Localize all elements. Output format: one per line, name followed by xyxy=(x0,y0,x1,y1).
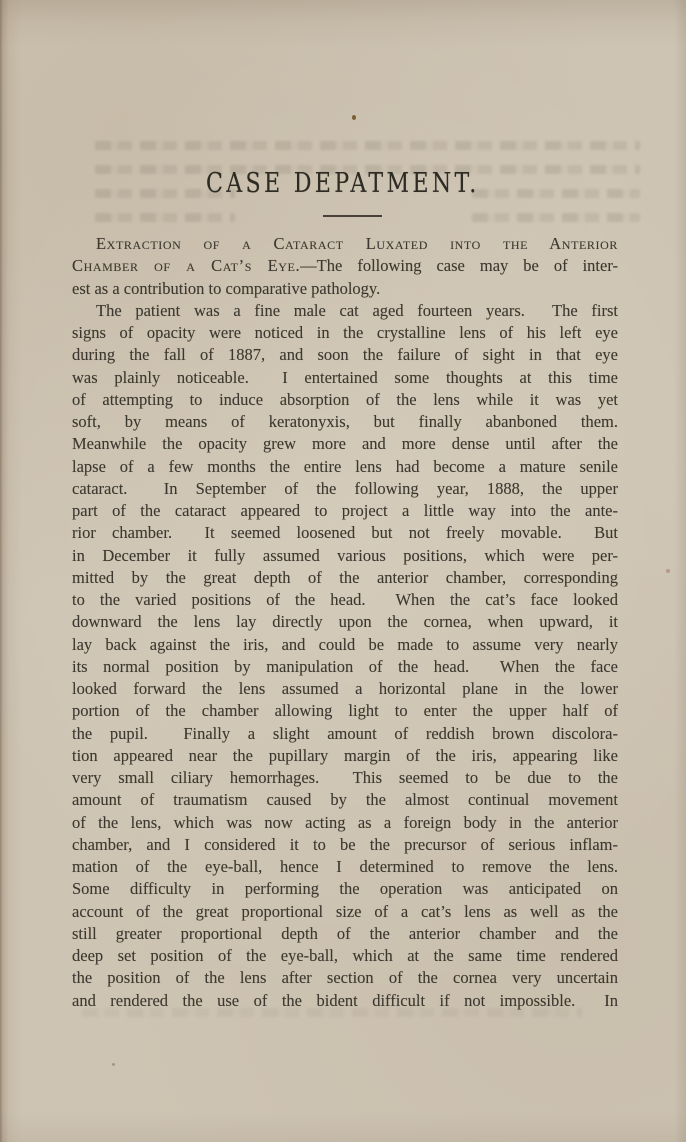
body-text-segment: its normal position by manipulation of t… xyxy=(72,657,618,676)
text-line: Meanwhile the opacity grew more and more… xyxy=(72,433,618,455)
body-text-segment: account of the great proportional size o… xyxy=(72,902,618,921)
body-text-segment: looked forward the lens assumed a horizo… xyxy=(72,679,618,698)
text-line: Chamber of a Cat’s Eye.—The following ca… xyxy=(72,255,618,277)
text-line: very small ciliary hemorrhages. This see… xyxy=(72,767,618,789)
text-line: of the lens, which was now acting as a f… xyxy=(72,812,618,834)
text-line: Extraction of a Cataract Luxated into th… xyxy=(72,233,618,255)
body-text-segment: part of the cataract appeared to project… xyxy=(72,501,618,520)
body-text-segment: The patient was a fine male cat aged fou… xyxy=(96,301,618,320)
text-line: lay back against the iris, and could be … xyxy=(72,634,618,656)
body-text-segment: Meanwhile the opacity grew more and more… xyxy=(72,434,618,453)
body-text-segment: mation of the eye-ball, hence I determin… xyxy=(72,857,618,876)
body-text-segment: lay back against the iris, and could be … xyxy=(72,635,618,654)
smallcaps-text: Chamber of a Cat’s Eye. xyxy=(72,256,300,275)
body-text-segment: still greater proportional depth of the … xyxy=(72,924,618,943)
body-text-segment: the pupil. Finally a slight amount of re… xyxy=(72,724,618,743)
text-line: lapse of a few months the entire lens ha… xyxy=(72,456,618,478)
body-text-segment: downward the lens lay directly upon the … xyxy=(72,612,618,631)
body-text-segment: the position of the lens after section o… xyxy=(72,968,618,987)
text-line: portion of the chamber allowing light to… xyxy=(72,700,618,722)
body-text: Extraction of a Cataract Luxated into th… xyxy=(72,233,618,1012)
text-line: cataract. In September of the following … xyxy=(72,478,618,500)
body-text-segment: Some difficulty in performing the operat… xyxy=(72,879,618,898)
text-line: part of the cataract appeared to project… xyxy=(72,500,618,522)
text-line: rior chamber. It seemed loosened but not… xyxy=(72,522,618,544)
paper-speck xyxy=(112,1063,115,1066)
text-line: during the fall of 1887, and soon the fa… xyxy=(72,344,618,366)
body-text-segment: portion of the chamber allowing light to… xyxy=(72,701,618,720)
text-line: The patient was a fine male cat aged fou… xyxy=(72,300,618,322)
body-text-segment: of the lens, which was now acting as a f… xyxy=(72,813,618,832)
text-line: amount of traumatism caused by the almos… xyxy=(72,789,618,811)
body-text-segment: lapse of a few months the entire lens ha… xyxy=(72,457,618,476)
text-line: deep set position of the eye-ball, which… xyxy=(72,945,618,967)
paper-speck xyxy=(666,569,670,573)
text-line: signs of opacity were noticed in the cry… xyxy=(72,322,618,344)
body-text-segment: tion appeared near the pupillary margin … xyxy=(72,746,618,765)
text-line: chamber, and I considered it to be the p… xyxy=(72,834,618,856)
page-title-text: CASE DEPATMENT. xyxy=(206,170,480,197)
title-divider xyxy=(323,215,382,217)
body-text-segment: est as a contribution to comparative pat… xyxy=(72,279,380,298)
text-line: Some difficulty in performing the operat… xyxy=(72,878,618,900)
body-text-segment: very small ciliary hemorrhages. This see… xyxy=(72,768,618,787)
body-text-segment: deep set position of the eye-ball, which… xyxy=(72,946,618,965)
body-text-segment: in December it fully assumed various pos… xyxy=(72,546,618,565)
body-text-segment: during the fall of 1887, and soon the fa… xyxy=(72,345,618,364)
text-line: downward the lens lay directly upon the … xyxy=(72,611,618,633)
text-line: to the varied positions of the head. Whe… xyxy=(72,589,618,611)
text-line: tion appeared near the pupillary margin … xyxy=(72,745,618,767)
text-line: looked forward the lens assumed a horizo… xyxy=(72,678,618,700)
body-text-segment: to the varied positions of the head. Whe… xyxy=(72,590,618,609)
text-line: soft, by means of keratonyxis, but final… xyxy=(72,411,618,433)
body-text-segment: of attempting to induce absorption of th… xyxy=(72,390,618,409)
text-line: est as a contribution to comparative pat… xyxy=(72,278,618,300)
text-line: its normal position by manipulation of t… xyxy=(72,656,618,678)
body-text-segment: mitted by the great depth of the anterio… xyxy=(72,568,618,587)
text-line: of attempting to induce absorption of th… xyxy=(72,389,618,411)
paper-speck xyxy=(352,115,356,120)
body-text-segment: signs of opacity were noticed in the cry… xyxy=(72,323,618,342)
body-text-segment: soft, by means of keratonyxis, but final… xyxy=(72,412,618,431)
text-line: and rendered the use of the bident diffi… xyxy=(72,990,618,1012)
text-line: still greater proportional depth of the … xyxy=(72,923,618,945)
text-line: was plainly noticeable. I entertained so… xyxy=(72,367,618,389)
body-text-segment: amount of traumatism caused by the almos… xyxy=(72,790,618,809)
ghost-text-bleedthrough xyxy=(95,213,235,222)
ghost-text-bleedthrough xyxy=(472,213,640,222)
body-text-segment: cataract. In September of the following … xyxy=(72,479,618,498)
text-line: mation of the eye-ball, hence I determin… xyxy=(72,856,618,878)
body-text-segment: rior chamber. It seemed loosened but not… xyxy=(72,523,618,542)
body-text-segment: —The following case may be of inter- xyxy=(300,256,618,275)
text-line: in December it fully assumed various pos… xyxy=(72,545,618,567)
body-text-segment: was plainly noticeable. I entertained so… xyxy=(72,368,618,387)
text-line: the pupil. Finally a slight amount of re… xyxy=(72,723,618,745)
page-title: CASE DEPATMENT. xyxy=(0,170,686,197)
text-line: account of the great proportional size o… xyxy=(72,901,618,923)
text-line: the position of the lens after section o… xyxy=(72,967,618,989)
body-text-segment: and rendered the use of the bident diffi… xyxy=(72,991,618,1010)
scanned-page: CASE DEPATMENT. Extraction of a Cataract… xyxy=(0,0,686,1142)
ghost-text-bleedthrough xyxy=(95,141,640,150)
smallcaps-text: Extraction of a Cataract Luxated into th… xyxy=(96,234,618,253)
text-line: mitted by the great depth of the anterio… xyxy=(72,567,618,589)
body-text-segment: chamber, and I considered it to be the p… xyxy=(72,835,618,854)
